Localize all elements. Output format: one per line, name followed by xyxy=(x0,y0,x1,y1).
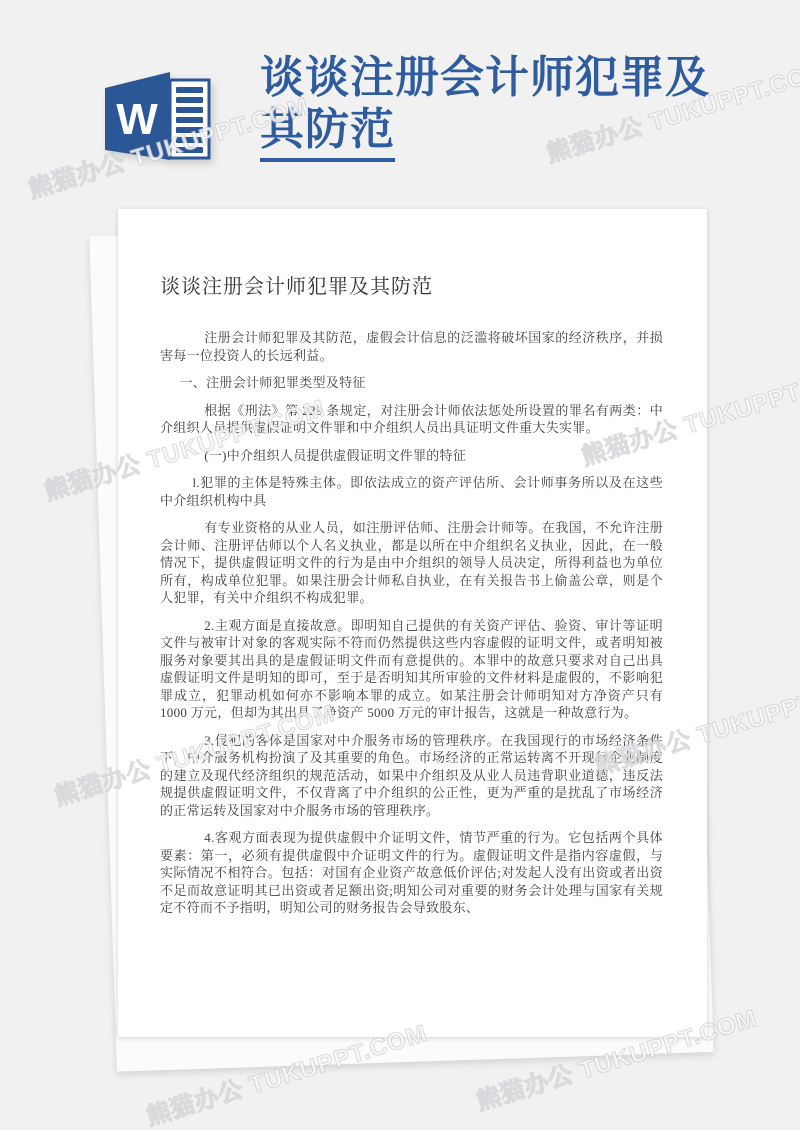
document-preview-canvas: W 谈谈注册会计师犯罪及 其防范 谈谈注册会计师犯罪及其防范 注册会计师犯罪及其… xyxy=(0,0,800,1130)
header: W 谈谈注册会计师犯罪及 其防范 xyxy=(0,0,800,190)
doc-paragraph: 2.主观方面是直接故意。即明知自己提供的有关资产评估、验资、审计等证明文件与被审… xyxy=(160,617,663,722)
document-page: 谈谈注册会计师犯罪及其防范 注册会计师犯罪及其防范，虚假会计信息的泛滥将破坏国家… xyxy=(118,209,707,1037)
doc-paragraph: 4.客观方面表现为提供虚假中介证明文件，情节严重的行为。它包括两个具体要素：第一… xyxy=(160,829,663,917)
doc-paragraph: 注册会计师犯罪及其防范，虚假会计信息的泛滥将破坏国家的经济秩序，并损害每一位投资… xyxy=(160,329,663,364)
page-title: 谈谈注册会计师犯罪及其防范 xyxy=(160,273,663,301)
doc-paragraph: 3.侵犯的客体是国家对中介服务市场的管理秩序。在我国现行的市场经济条件下，中介服… xyxy=(160,732,663,820)
svg-text:W: W xyxy=(116,95,158,144)
doc-paragraph: 根据《刑法》第 229 条规定，对注册会计师依法惩处所设置的罪名有两类：中介组织… xyxy=(160,402,663,437)
title-line-2: 其防范 xyxy=(260,104,395,162)
document-body: 注册会计师犯罪及其防范，虚假会计信息的泛滥将破坏国家的经济秩序，并损害每一位投资… xyxy=(160,329,663,917)
document-title-link[interactable]: 谈谈注册会计师犯罪及 其防范 xyxy=(260,52,750,162)
doc-paragraph: l.犯罪的主体是特殊主体。即依法成立的资产评估所、会计师事务所以及在这些中介组织… xyxy=(160,474,663,509)
title-line-1: 谈谈注册会计师犯罪及 xyxy=(260,52,750,104)
word-file-icon: W xyxy=(98,60,216,164)
doc-heading: (一)中介组织人员提供虚假证明文件罪的特征 xyxy=(160,447,663,465)
doc-heading: 一、注册会计师犯罪类型及特征 xyxy=(160,374,663,392)
doc-paragraph: 有专业资格的从业人员，如注册评估师、注册会计师等。在我国，不允许注册会计师、注册… xyxy=(160,519,663,607)
